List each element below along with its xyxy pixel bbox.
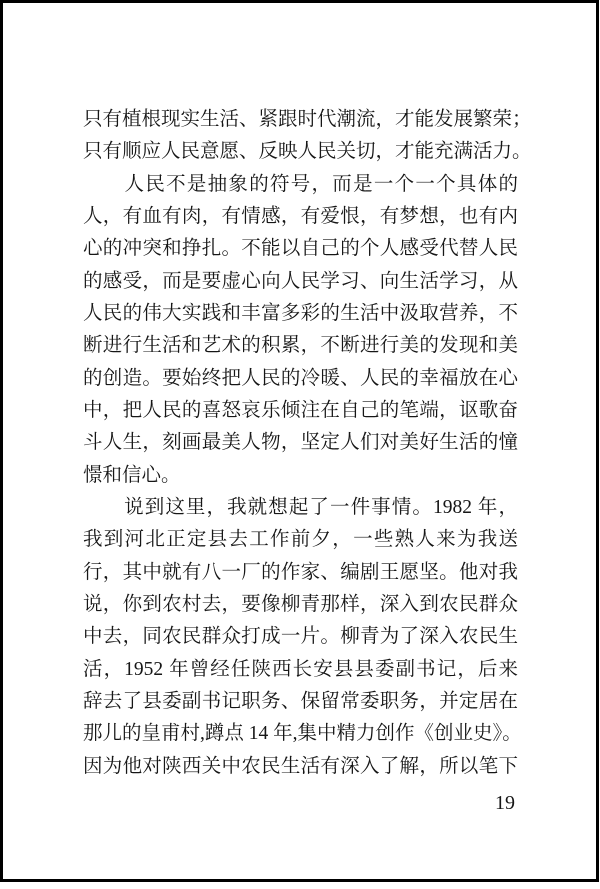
text-line: 行，其中就有八一厂的作家、编剧王愿坚。他对我	[83, 557, 518, 589]
text-line: 中，把人民的喜怒哀乐倾注在自己的笔端，讴歌奋	[83, 395, 518, 427]
text-line: 心的冲突和挣扎。不能以自己的个人感受代替人民	[83, 233, 518, 265]
text-line: 我到河北正定县去工作前夕，一些熟人来为我送	[83, 524, 518, 556]
text-line: 人民的伟大实践和丰富多彩的生活中汲取营养，不	[83, 298, 518, 330]
text-line: 只有植根现实生活、紧跟时代潮流，才能发展繁荣；	[83, 104, 518, 136]
text-line: 中去，同农民群众打成一片。柳青为了深入农民生	[83, 621, 518, 653]
text-line: 那儿的皇甫村,蹲点 14 年,集中精力创作《创业史》。	[83, 718, 518, 750]
page-number: 19	[490, 793, 520, 813]
text-line: 活，1952 年曾经任陕西长安县县委副书记，后来	[83, 654, 518, 686]
text-line: 憬和信心。	[83, 460, 518, 492]
text-line: 说到这里，我就想起了一件事情。1982 年，	[83, 492, 518, 524]
book-page: 只有植根现实生活、紧跟时代潮流，才能发展繁荣；只有顺应人民意愿、反映人民关切，才…	[0, 0, 600, 889]
text-line: 的感受，而是要虚心向人民学习、向生活学习，从	[83, 266, 518, 298]
body-text: 只有植根现实生活、紧跟时代潮流，才能发展繁荣；只有顺应人民意愿、反映人民关切，才…	[83, 104, 518, 783]
text-line: 只有顺应人民意愿、反映人民关切，才能充满活力。	[83, 136, 518, 168]
text-line: 辞去了县委副书记职务、保留常委职务，并定居在	[83, 686, 518, 718]
text-line: 因为他对陕西关中农民生活有深入了解，所以笔下	[83, 751, 518, 783]
text-line: 说，你到农村去，要像柳青那样，深入到农民群众	[83, 589, 518, 621]
text-line: 断进行生活和艺术的积累，不断进行美的发现和美	[83, 330, 518, 362]
text-line: 斗人生，刻画最美人物，坚定人们对美好生活的憧	[83, 427, 518, 459]
text-line: 人民不是抽象的符号，而是一个一个具体的	[83, 169, 518, 201]
text-line: 人，有血有肉，有情感，有爱恨，有梦想，也有内	[83, 201, 518, 233]
text-line: 的创造。要始终把人民的冷暖、人民的幸福放在心	[83, 363, 518, 395]
